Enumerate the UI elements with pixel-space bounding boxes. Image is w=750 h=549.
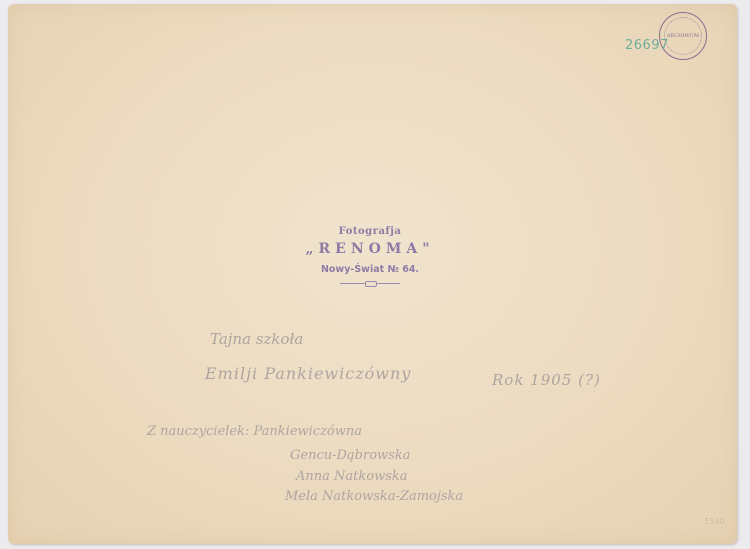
handwritten-title: Tajna szkoła	[210, 330, 303, 348]
ornament-divider	[340, 283, 400, 284]
studio-label: Fotografja	[280, 226, 460, 237]
studio-address: Nowy-Świat № 64.	[280, 264, 460, 275]
handwritten-year: Rok 1905 (?)	[492, 371, 601, 389]
archive-stamp-text: ARCHIWUM	[667, 33, 699, 39]
corner-note: 1530	[704, 517, 724, 526]
studio-stamp: Fotografja „RENOMA" Nowy-Świat № 64.	[280, 226, 460, 284]
handwritten-name-3: Mela Natkowska-Zamojska	[285, 489, 463, 504]
inventory-number: 26697	[625, 38, 669, 53]
handwritten-teachers: Z nauczycielek: Pankiewiczówna	[147, 424, 362, 439]
handwritten-school: Emilji Pankiewiczówny	[205, 364, 411, 383]
studio-name: „RENOMA"	[280, 241, 460, 257]
handwritten-name-2: Anna Natkowska	[296, 469, 408, 484]
handwritten-name-1: Gencu-Dąbrowska	[290, 448, 410, 463]
